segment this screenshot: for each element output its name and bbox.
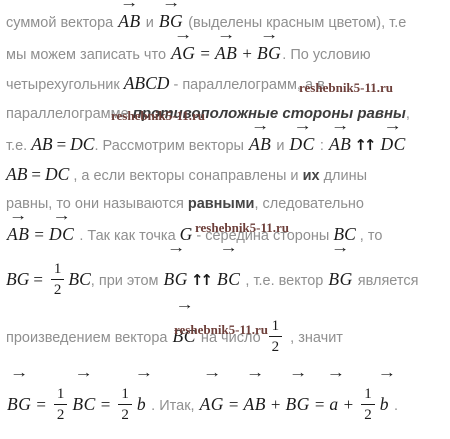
vector-arrow-icon: → <box>211 28 241 43</box>
vector-name: AB <box>118 11 140 31</box>
vector-arrow-icon: → <box>253 28 286 43</box>
plain-text: , при этом <box>91 273 163 289</box>
parallel-vectors-icon: ↑↑ <box>191 271 210 289</box>
vector-name: b <box>380 394 389 414</box>
vector-name: BG <box>328 269 352 289</box>
plain-text: и <box>142 15 158 31</box>
plain-text: т.е. <box>6 138 31 154</box>
vector-name: DC <box>380 134 405 154</box>
vector-arrow-icon: → <box>377 366 391 381</box>
vector-symbol: →AB <box>328 131 352 158</box>
vector-name: AB <box>249 134 271 154</box>
vector-arrow-icon: → <box>167 28 200 43</box>
math-operator: + <box>242 44 252 63</box>
text-line: AB=DC , а если векторы сонаправлены и их… <box>6 161 448 190</box>
vector-name: AG <box>171 43 195 63</box>
fraction: 12 <box>269 317 283 356</box>
fraction-numerator: 1 <box>118 385 132 405</box>
vector-arrow-icon: → <box>3 366 36 381</box>
plain-text: , то <box>356 228 383 244</box>
watermark: reshebnik5-11.ru <box>299 80 393 96</box>
plain-text: , т.е. вектор <box>241 273 327 289</box>
vector-symbol: →AG <box>170 40 196 67</box>
vector-arrow-icon: → <box>195 366 228 381</box>
math-symbol: DC <box>70 134 94 154</box>
vector-name: BG <box>7 394 31 414</box>
vector-name: BC <box>217 269 240 289</box>
vector-symbol: →BG <box>285 378 311 430</box>
vector-name: BG <box>257 43 281 63</box>
vector-symbol: →AG <box>199 378 225 430</box>
vector-symbol: →BC <box>71 378 96 430</box>
vector-name: BG <box>164 269 188 289</box>
vector-symbol: →AB <box>117 8 141 35</box>
plain-text: : <box>316 138 328 154</box>
math-operator: = <box>229 395 239 414</box>
vector-arrow-icon: → <box>134 366 148 381</box>
vector-name: a <box>329 394 338 414</box>
vector-symbol: →DC <box>48 221 75 248</box>
vector-arrow-icon: → <box>45 209 79 224</box>
fraction: 12 <box>118 385 132 424</box>
vector-symbol: →BG <box>6 378 32 430</box>
vector-name: BC <box>72 394 95 414</box>
math-operator: = <box>101 395 111 414</box>
fraction: 12 <box>361 385 375 424</box>
math-symbol: BG <box>6 269 29 289</box>
fraction: 12 <box>54 385 68 424</box>
vector-name: AG <box>200 394 224 414</box>
vector-arrow-icon: → <box>155 0 188 11</box>
vector-symbol: →AB <box>243 378 267 430</box>
parallel-vectors-icon: ↑↑ <box>354 136 373 154</box>
vector-name: AB <box>329 134 351 154</box>
watermark: reshebnik5-11.ru <box>174 322 268 338</box>
plain-text: четырехугольник <box>6 77 124 93</box>
text-line: →BG=12→BC=12→b . Итак, →AG=→AB+→BG=→a+12… <box>6 376 448 432</box>
vector-symbol: →b <box>136 378 147 430</box>
math-operator: + <box>344 395 354 414</box>
fraction-numerator: 1 <box>361 385 375 405</box>
fraction: 12 <box>51 260 65 299</box>
vector-arrow-icon: → <box>285 119 319 134</box>
plain-text: , значит <box>286 330 343 346</box>
watermark: reshebnik5-11.ru <box>111 108 205 124</box>
math-operator: = <box>36 395 46 414</box>
fraction-denominator: 2 <box>269 337 283 356</box>
vector-arrow-icon: → <box>281 366 314 381</box>
plain-text: суммой вектора <box>6 15 117 31</box>
vector-arrow-icon: → <box>168 298 200 313</box>
vector-arrow-icon: → <box>327 366 341 381</box>
math-symbol: BC <box>68 269 90 289</box>
fraction-denominator: 2 <box>51 280 65 299</box>
vector-name: DC <box>290 134 315 154</box>
plain-text: и <box>272 138 288 154</box>
plain-text: , следовательно <box>254 196 363 212</box>
document-page: reshebnik5-11.ru reshebnik5-11.ru resheb… <box>0 0 450 439</box>
fraction-numerator: 1 <box>51 260 65 280</box>
plain-text: является <box>354 273 419 289</box>
vector-symbol: →DC <box>289 131 316 158</box>
vector-name: AB <box>215 43 237 63</box>
vector-symbol: →b <box>379 378 390 430</box>
watermark: reshebnik5-11.ru <box>195 220 289 236</box>
vector-arrow-icon: → <box>239 366 269 381</box>
fraction-numerator: 1 <box>269 317 283 337</box>
vector-symbol: →BC <box>216 253 241 305</box>
text-line: т.е. AB=DC. Рассмотрим векторы →AB и →DC… <box>6 129 448 160</box>
plain-text: длины <box>320 168 367 184</box>
vector-arrow-icon: → <box>68 366 100 381</box>
vector-symbol: →AB <box>248 131 272 158</box>
plain-text: , а если векторы сонаправлены и <box>69 168 302 184</box>
math-operator: + <box>271 395 281 414</box>
fraction-denominator: 2 <box>361 405 375 424</box>
vector-arrow-icon: → <box>325 119 355 134</box>
math-operator: = <box>33 270 43 289</box>
fraction-denominator: 2 <box>118 405 132 424</box>
text-line: BG=12BC, при этом →BG↑↑→BC , т.е. вектор… <box>6 251 448 307</box>
math-operator: = <box>200 44 210 63</box>
fraction-numerator: 1 <box>54 385 68 405</box>
vector-arrow-icon: → <box>324 241 357 256</box>
bold-text: их <box>303 168 320 184</box>
vector-symbol: →AB <box>214 40 238 67</box>
plain-text: . По условию <box>282 47 370 63</box>
vector-symbol: →BG <box>327 253 353 305</box>
math-symbol: AB <box>31 134 52 154</box>
plain-text: . <box>390 398 398 414</box>
vector-name: b <box>137 394 146 414</box>
solution-text: суммой вектора →AB и →BG (выделены красн… <box>0 0 450 432</box>
math-operator: = <box>31 165 41 184</box>
vector-symbol: →AB <box>6 221 30 248</box>
vector-arrow-icon: → <box>213 241 245 256</box>
vector-name: AB <box>244 394 266 414</box>
math-operator: = <box>34 225 44 244</box>
vector-arrow-icon: → <box>3 209 33 224</box>
vector-arrow-icon: → <box>376 119 410 134</box>
math-symbol: ABCD <box>124 73 170 93</box>
plain-text: . Итак, <box>147 398 198 414</box>
vector-name: BG <box>286 394 310 414</box>
math-symbol: AB <box>6 164 27 184</box>
vector-arrow-icon: → <box>114 0 144 11</box>
fraction-denominator: 2 <box>54 405 68 424</box>
vector-arrow-icon: → <box>159 241 192 256</box>
vector-symbol: →DC <box>379 131 406 158</box>
vector-arrow-icon: → <box>245 119 275 134</box>
plain-text: мы можем записать что <box>6 47 170 63</box>
plain-text: произведением вектора <box>6 330 172 346</box>
bold-text: равными <box>188 196 255 212</box>
plain-text: . Рассмотрим векторы <box>94 138 248 154</box>
vector-name: DC <box>49 224 74 244</box>
vector-name: AB <box>7 224 29 244</box>
vector-symbol: →a <box>328 378 339 430</box>
math-symbol: DC <box>45 164 69 184</box>
math-operator: = <box>315 395 325 414</box>
text-line: мы можем записать что →AG=→AB+→BG. По ус… <box>6 38 448 69</box>
vector-symbol: →BG <box>256 40 282 67</box>
math-operator: = <box>57 135 67 154</box>
